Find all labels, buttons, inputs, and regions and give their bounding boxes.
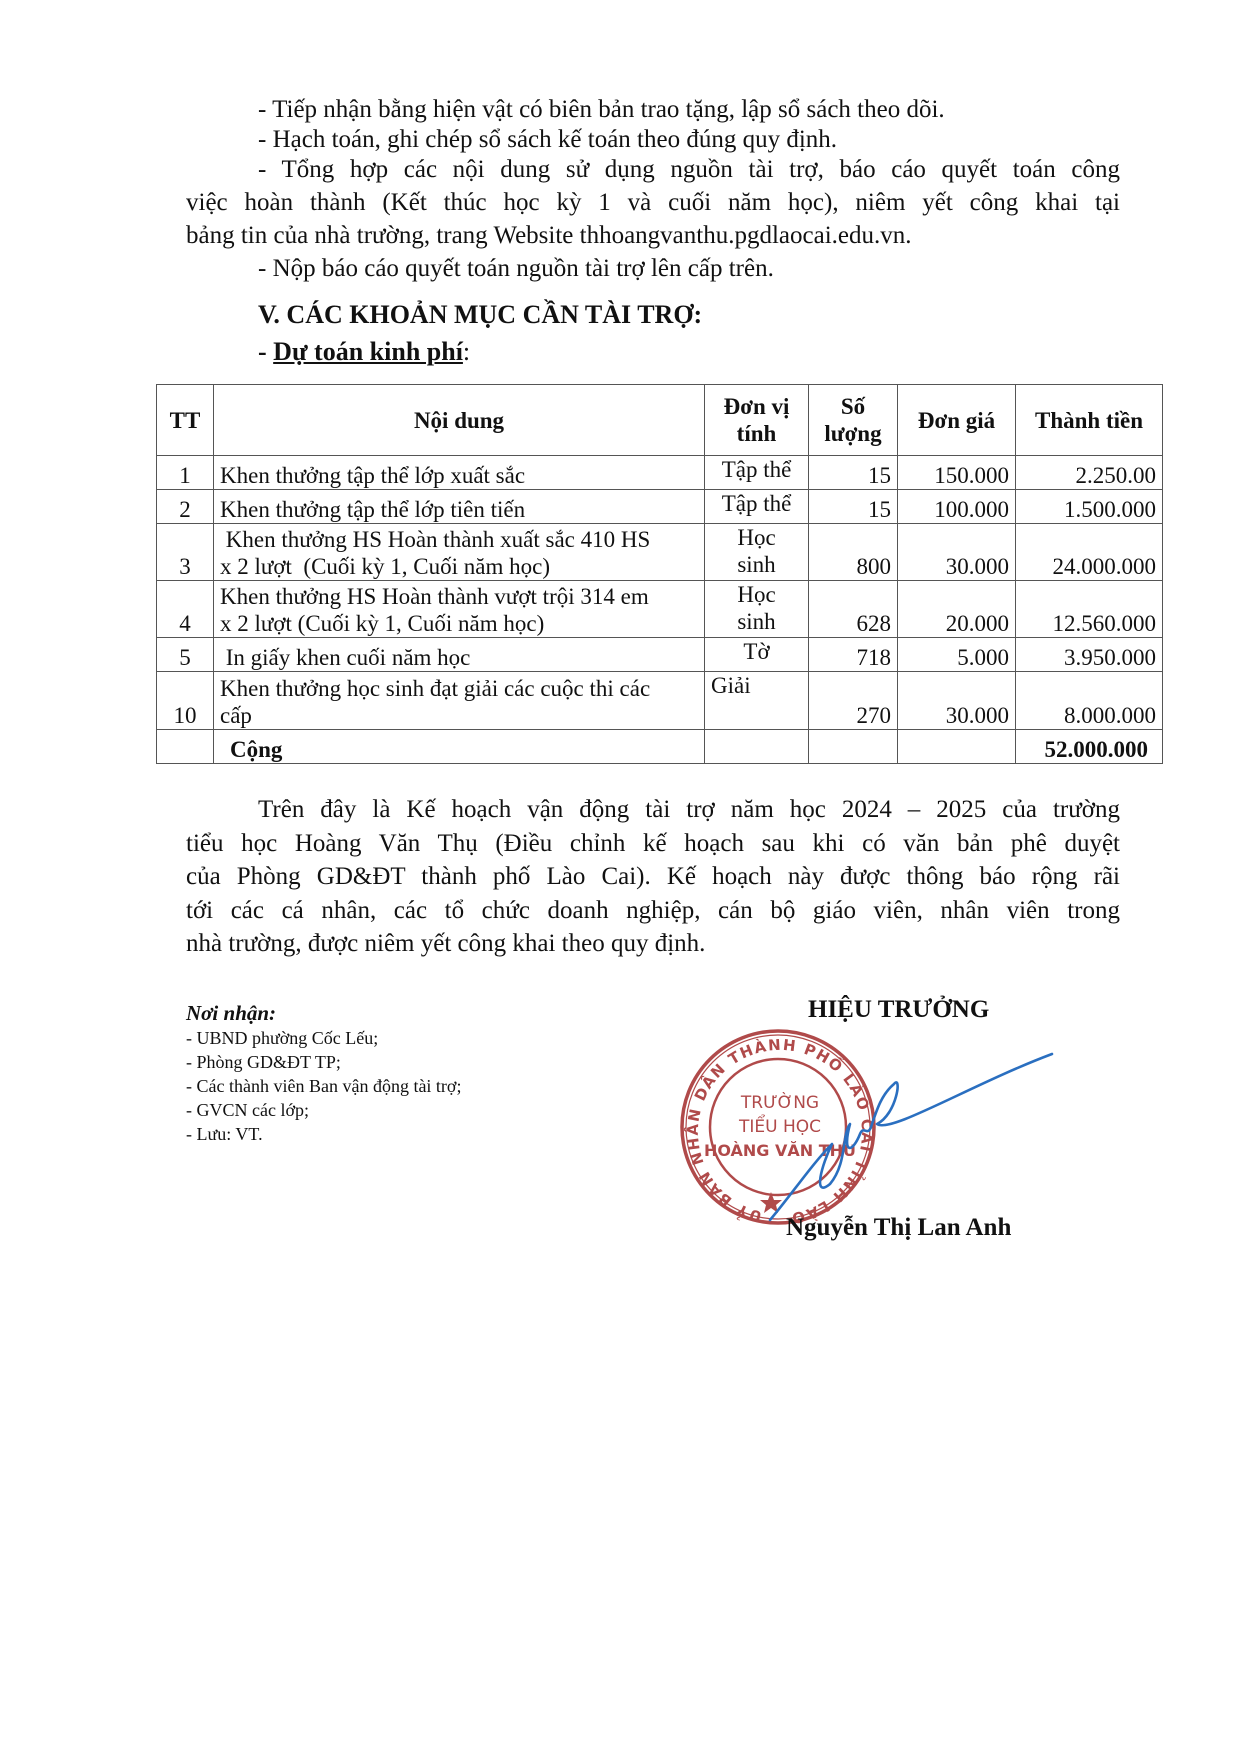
cell-content: In giấy khen cuối năm học bbox=[214, 638, 705, 672]
table-row: 1 Khen thưởng tập thể lớp xuất sắc Tập t… bbox=[157, 456, 1163, 490]
table-row: 5 In giấy khen cuối năm học Tờ 718 5.000… bbox=[157, 638, 1163, 672]
cell-content: Khen thưởng HS Hoàn thành vượt trội 314 … bbox=[214, 581, 705, 638]
intro-line: - Nộp báo cáo quyết toán nguồn tài trợ l… bbox=[258, 252, 774, 285]
document-page: - Tiếp nhận bằng hiện vật có biên bản tr… bbox=[0, 0, 1241, 1755]
cell-content: Khen thưởng tập thể lớp xuất sắc bbox=[214, 456, 705, 490]
cell-price: 150.000 bbox=[898, 456, 1016, 490]
cell-qty: 15 bbox=[809, 456, 898, 490]
cell-qty: 628 bbox=[809, 581, 898, 638]
recipient-item: - Các thành viên Ban vận động tài trợ; bbox=[186, 1074, 461, 1098]
cell-content: Khen thưởng học sinh đạt giải các cuộc t… bbox=[214, 672, 705, 730]
cell-amount: 12.560.000 bbox=[1016, 581, 1163, 638]
table-row: 10 Khen thưởng học sinh đạt giải các cuộ… bbox=[157, 672, 1163, 730]
signer-name: Nguyễn Thị Lan Anh bbox=[786, 1214, 1011, 1242]
subheading-suffix: : bbox=[463, 337, 470, 366]
recipient-item: - Lưu: VT. bbox=[186, 1122, 461, 1146]
header-price: Đơn giá bbox=[898, 385, 1016, 456]
cell-tt: 1 bbox=[157, 456, 214, 490]
cell-unit: Họcsinh bbox=[705, 524, 809, 581]
cell-unit: Tập thể bbox=[705, 490, 809, 524]
cell-tt: 5 bbox=[157, 638, 214, 672]
header-qty: Sốlượng bbox=[809, 385, 898, 456]
signature-icon bbox=[770, 1054, 1052, 1220]
total-label: Cộng bbox=[214, 730, 705, 764]
cell-empty bbox=[898, 730, 1016, 764]
cell-tt: 3 bbox=[157, 524, 214, 581]
header-content: Nội dung bbox=[214, 385, 705, 456]
cell-unit: Họcsinh bbox=[705, 581, 809, 638]
cell-qty: 718 bbox=[809, 638, 898, 672]
recipient-item: - UBND phường Cốc Lếu; bbox=[186, 1026, 461, 1050]
recipients-title: Nơi nhận: bbox=[186, 1000, 461, 1026]
closing-line: Trên đây là Kế hoạch vận động tài trợ nă… bbox=[186, 793, 1120, 827]
cell-amount: 2.250.00 bbox=[1016, 456, 1163, 490]
signer-title: HIỆU TRƯỞNG bbox=[808, 996, 989, 1024]
svg-text:TRƯỜNG: TRƯỜNG bbox=[740, 1091, 819, 1113]
cell-content: Khen thưởng HS Hoàn thành xuất sắc 410 H… bbox=[214, 524, 705, 581]
budget-table: TT Nội dung Đơn vịtính Sốlượng Đơn giá T… bbox=[156, 384, 1163, 764]
closing-line: tiểu học Hoàng Văn Thụ (Điều chỉnh kế ho… bbox=[186, 827, 1120, 861]
table-row: 2 Khen thưởng tập thể lớp tiên tiến Tập … bbox=[157, 490, 1163, 524]
cell-qty: 15 bbox=[809, 490, 898, 524]
recipient-item: - GVCN các lớp; bbox=[186, 1098, 461, 1122]
intro-line: việc hoàn thành (Kết thúc học kỳ 1 và cu… bbox=[186, 186, 1120, 219]
cell-price: 5.000 bbox=[898, 638, 1016, 672]
section-heading: V. CÁC KHOẢN MỤC CẦN TÀI TRỢ: bbox=[258, 300, 702, 330]
header-amount: Thành tiền bbox=[1016, 385, 1163, 456]
table-total-row: Cộng 52.000.000 bbox=[157, 730, 1163, 764]
cell-amount: 3.950.000 bbox=[1016, 638, 1163, 672]
cell-amount: 8.000.000 bbox=[1016, 672, 1163, 730]
cell-price: 30.000 bbox=[898, 672, 1016, 730]
cell-unit: Tờ bbox=[705, 638, 809, 672]
cell-qty: 800 bbox=[809, 524, 898, 581]
total-amount: 52.000.000 bbox=[1016, 730, 1163, 764]
intro-line: - Tiếp nhận bằng hiện vật có biên bản tr… bbox=[258, 93, 945, 126]
cell-price: 100.000 bbox=[898, 490, 1016, 524]
header-unit: Đơn vịtính bbox=[705, 385, 809, 456]
svg-text:TIỂU HỌC: TIỂU HỌC bbox=[738, 1113, 821, 1137]
closing-paragraph: Trên đây là Kế hoạch vận động tài trợ nă… bbox=[186, 793, 1120, 961]
closing-line: tới các cá nhân, các tổ chức doanh nghiệ… bbox=[186, 894, 1120, 928]
closing-line: nhà trường, được niêm yết công khai theo… bbox=[186, 927, 1120, 961]
table-row: 3 Khen thưởng HS Hoàn thành xuất sắc 410… bbox=[157, 524, 1163, 581]
cell-empty bbox=[809, 730, 898, 764]
cell-amount: 24.000.000 bbox=[1016, 524, 1163, 581]
cell-tt: 2 bbox=[157, 490, 214, 524]
intro-line: bảng tin của nhà trường, trang Website t… bbox=[186, 219, 1120, 252]
table-row: 4 Khen thưởng HS Hoàn thành vượt trội 31… bbox=[157, 581, 1163, 638]
section-subheading: - Dự toán kinh phí: bbox=[258, 337, 470, 367]
recipients-block: Nơi nhận: - UBND phường Cốc Lếu; - Phòng… bbox=[186, 1000, 461, 1146]
cell-empty bbox=[157, 730, 214, 764]
subheading-text: Dự toán kinh phí bbox=[273, 337, 463, 366]
intro-line: - Tổng hợp các nội dung sử dụng nguồn tà… bbox=[258, 153, 1120, 186]
cell-unit: Tập thể bbox=[705, 456, 809, 490]
cell-content: Khen thưởng tập thể lớp tiên tiến bbox=[214, 490, 705, 524]
header-tt: TT bbox=[157, 385, 214, 456]
cell-price: 20.000 bbox=[898, 581, 1016, 638]
cell-unit: Giải bbox=[705, 672, 809, 730]
cell-price: 30.000 bbox=[898, 524, 1016, 581]
subheading-prefix: - bbox=[258, 337, 273, 366]
cell-tt: 10 bbox=[157, 672, 214, 730]
table-header-row: TT Nội dung Đơn vịtính Sốlượng Đơn giá T… bbox=[157, 385, 1163, 456]
recipient-item: - Phòng GD&ĐT TP; bbox=[186, 1050, 461, 1074]
official-stamp-icon: UỶ BAN NHÂN DÂN THÀNH PHỐ LÀO CAI TỈNH L… bbox=[672, 1024, 1092, 1234]
closing-line: của Phòng GD&ĐT thành phố Lào Cai). Kế h… bbox=[186, 860, 1120, 894]
cell-amount: 1.500.000 bbox=[1016, 490, 1163, 524]
cell-tt: 4 bbox=[157, 581, 214, 638]
intro-line: - Hạch toán, ghi chép sổ sách kế toán th… bbox=[258, 123, 837, 156]
cell-empty bbox=[705, 730, 809, 764]
cell-qty: 270 bbox=[809, 672, 898, 730]
